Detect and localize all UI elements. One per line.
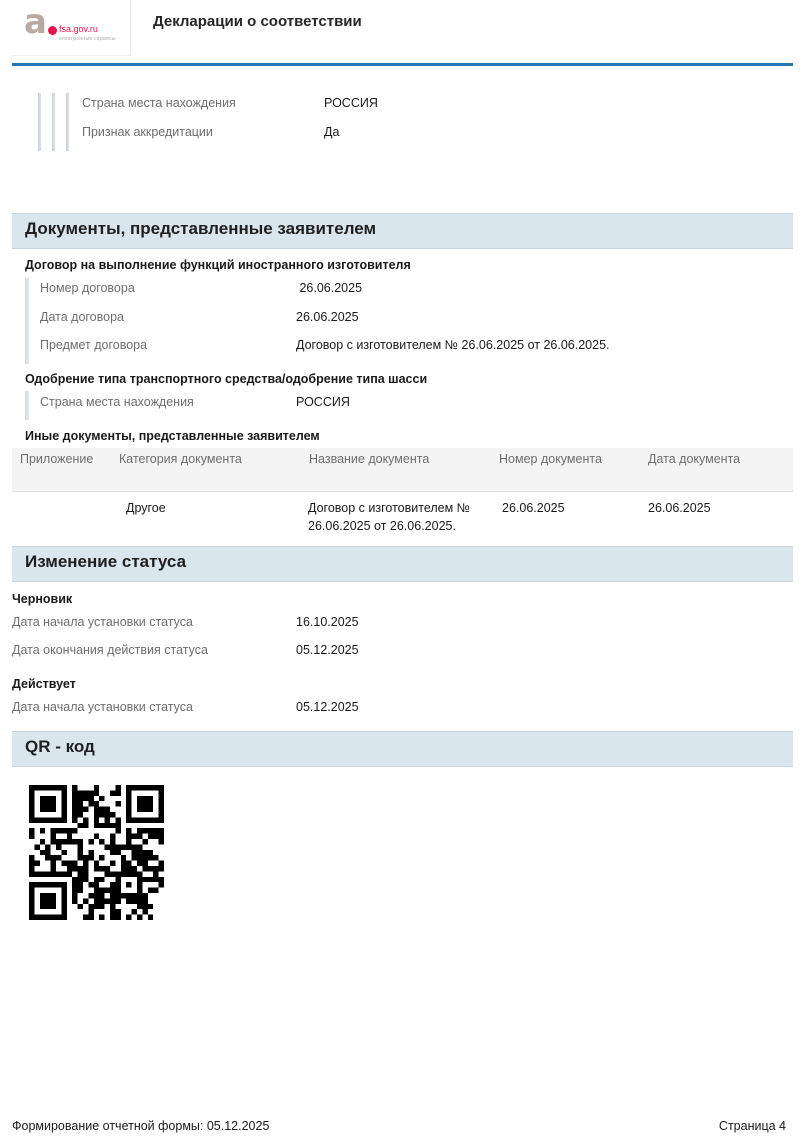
logo-glyph-icon: a [24,8,50,36]
field-value: 26.06.2025 [296,281,362,295]
status-name: Черновик [12,592,72,606]
column-header: Приложение [20,452,93,466]
report-generated-date: Формирование отчетной формы: 05.12.2025 [12,1119,269,1133]
other-docs-heading: Иные документы, представленные заявителе… [25,429,320,443]
field-label: Страна места нахождения [40,395,194,409]
field-label: Страна места нахождения [82,96,236,110]
page-title: Декларации о соответствии [153,13,362,30]
table-row: Другое Договор с изготовителем № 26.06.2… [12,492,793,544]
qr-code-icon [29,785,164,920]
field-label: Дата окончания действия статуса [12,643,208,657]
cell-category: Другое [126,500,166,517]
logo: a fsa.gov.ru электронные сервисы [12,0,131,56]
field-value: 26.06.2025 [296,310,359,324]
section-header-status: Изменение статуса [12,546,793,582]
logo-subtext: электронные сервисы [59,36,116,42]
logo-text: fsa.gov.ru [59,24,98,34]
nesting-bar [66,93,69,151]
column-header: Дата документа [648,452,740,466]
section-title: Изменение статуса [25,552,186,572]
column-header: Категория документа [119,452,242,466]
field-value: РОССИЯ [296,395,350,409]
field-value: 05.12.2025 [296,700,359,714]
field-label: Номер договора [40,281,135,295]
cell-name-line1: Договор с изготовителем № [308,500,470,517]
nesting-bar [38,93,41,151]
field-label: Признак аккредитации [82,125,213,139]
contract-heading: Договор на выполнение функций иностранно… [25,258,411,272]
table-header: Приложение Категория документа Название … [12,448,793,492]
column-header: Название документа [309,452,429,466]
field-value: Договор с изготовителем № 26.06.2025 от … [296,338,610,352]
section-title: QR - код [25,737,95,757]
nesting-bar [25,391,29,420]
nesting-bar [25,278,29,364]
field-label: Предмет договора [40,338,147,352]
page-number: Страница 4 [719,1119,786,1133]
header-divider [12,63,793,66]
column-header: Номер документа [499,452,602,466]
logo-dot-icon [48,26,57,35]
field-label: Дата договора [40,310,124,324]
cell-number: 26.06.2025 [502,500,565,517]
field-value: 16.10.2025 [296,615,359,629]
field-value: 05.12.2025 [296,643,359,657]
section-title: Документы, представленные заявителем [25,219,376,239]
status-name: Действует [12,677,76,691]
field-value: Да [324,125,339,139]
field-label: Дата начала установки статуса [12,615,193,629]
nesting-bar [52,93,55,151]
section-header-documents: Документы, представленные заявителем [12,213,793,249]
type-approval-heading: Одобрение типа транспортного средства/од… [25,372,427,386]
section-header-qr: QR - код [12,731,793,767]
cell-name-line2: 26.06.2025 от 26.06.2025. [308,518,456,535]
field-value: РОССИЯ [324,96,378,110]
field-label: Дата начала установки статуса [12,700,193,714]
cell-date: 26.06.2025 [648,500,711,517]
